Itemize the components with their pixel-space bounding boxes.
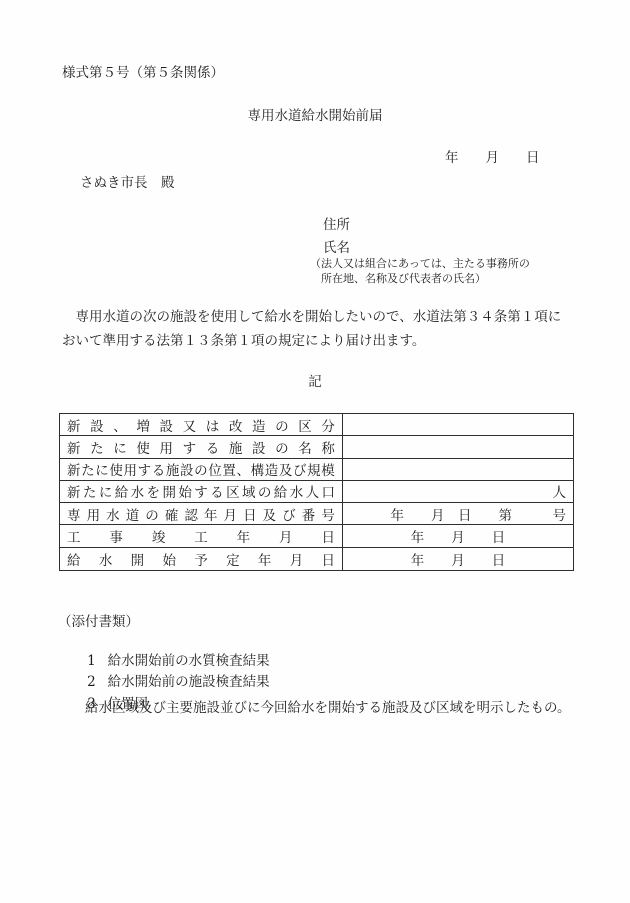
label-char: 設 bbox=[160, 415, 174, 435]
label-char: を bbox=[147, 481, 161, 501]
label-char: 予 bbox=[194, 549, 208, 569]
label-char: 工 bbox=[194, 526, 208, 546]
table-row: 新たに給水を開始する区域の給水人口人 bbox=[60, 481, 573, 503]
label-char: 使 bbox=[109, 459, 123, 479]
record-marker: 記 bbox=[0, 374, 630, 391]
table-row-value: 年 月 日 第 号 bbox=[343, 503, 573, 524]
label-char: 新 bbox=[67, 437, 81, 457]
label-char: 施 bbox=[166, 459, 180, 479]
table-row-label: 専用水道の確認年月日及び番号 bbox=[60, 503, 343, 524]
table-row-value: 年 月 日 bbox=[343, 525, 573, 546]
table-row-label: 工事竣工年月日 bbox=[60, 525, 343, 546]
label-char: す bbox=[194, 481, 208, 501]
label-char: 及 bbox=[263, 504, 277, 524]
label-char: 開 bbox=[131, 549, 145, 569]
label-char: 模 bbox=[321, 459, 335, 479]
date-line: 年 月 日 bbox=[445, 150, 540, 167]
label-char: 造 bbox=[265, 459, 279, 479]
table-row-label: 給水開始予定年月日 bbox=[60, 548, 343, 570]
table-row-label: 新たに給水を開始する区域の給水人口 bbox=[60, 481, 343, 502]
table-row: 給水開始予定年月日年 月 日 bbox=[60, 548, 573, 570]
label-char: 給 bbox=[67, 549, 81, 569]
label-char: 定 bbox=[226, 549, 240, 569]
label-char: 月 bbox=[224, 504, 238, 524]
label-char: 造 bbox=[252, 415, 266, 435]
label-char: 年 bbox=[204, 504, 218, 524]
label-char: は bbox=[206, 415, 220, 435]
label-char: る bbox=[206, 437, 220, 457]
label-char: 及 bbox=[279, 459, 293, 479]
label-char: 設 bbox=[252, 437, 266, 457]
label-char: 用 bbox=[124, 459, 138, 479]
table-row: 工事竣工年月日年 月 日 bbox=[60, 525, 573, 547]
label-char: 位 bbox=[208, 459, 222, 479]
label-char: 、 bbox=[237, 459, 251, 479]
label-char: 道 bbox=[126, 504, 140, 524]
label-char: 域 bbox=[242, 481, 256, 501]
label-char: 始 bbox=[178, 481, 192, 501]
document-title: 専用水道給水開始前届 bbox=[0, 108, 630, 125]
label-char: 開 bbox=[162, 481, 176, 501]
table-row: 専用水道の確認年月日及び番号年 月 日 第 号 bbox=[60, 503, 573, 525]
name-note: （法人又は組合にあっては、主たる事務所の 所在地、名称及び代表者の氏名） bbox=[310, 257, 530, 286]
label-char: 称 bbox=[321, 437, 335, 457]
name-label: 氏名 bbox=[323, 240, 350, 257]
attachments-heading: （添付書類） bbox=[58, 614, 139, 631]
label-char: に bbox=[95, 459, 109, 479]
attachments-note: 給水区域及び主要施設並びに今回給水を開始する施設及び区域を明示したもの。 bbox=[85, 700, 570, 717]
label-char: 置 bbox=[222, 459, 236, 479]
label-char: 用 bbox=[87, 504, 101, 524]
label-char: 新 bbox=[67, 459, 81, 479]
label-char: 事 bbox=[109, 526, 123, 546]
label-char: 認 bbox=[184, 504, 198, 524]
label-char: 給 bbox=[115, 481, 129, 501]
label-char: 号 bbox=[321, 504, 335, 524]
table-row-label: 新設、増設又は改造の区分 bbox=[60, 414, 343, 435]
label-char: 始 bbox=[162, 549, 176, 569]
label-char: 改 bbox=[229, 415, 243, 435]
label-char: に bbox=[113, 437, 127, 457]
label-char: び bbox=[293, 459, 307, 479]
label-char: 月 bbox=[279, 526, 293, 546]
label-char: に bbox=[99, 481, 113, 501]
label-char: 水 bbox=[106, 504, 120, 524]
label-char: 年 bbox=[258, 549, 272, 569]
table-row: 新たに使用する施設の位置、構造及び規模 bbox=[60, 459, 573, 481]
label-char: の bbox=[275, 437, 289, 457]
body-paragraph: 専用水道の次の施設を使用して給水を開始したいので、水道法第３４条第１項に おいて… bbox=[62, 306, 570, 353]
label-char: 日 bbox=[322, 549, 336, 569]
label-char: る bbox=[210, 481, 224, 501]
label-char: 水 bbox=[99, 549, 113, 569]
label-char: 番 bbox=[302, 504, 316, 524]
label-char: の bbox=[258, 481, 272, 501]
label-char: 専 bbox=[67, 504, 81, 524]
label-char: の bbox=[194, 459, 208, 479]
label-char: 又 bbox=[183, 415, 197, 435]
label-char: た bbox=[83, 481, 97, 501]
table-row-value: 人 bbox=[343, 481, 573, 502]
label-char: 設 bbox=[90, 415, 104, 435]
label-char: る bbox=[152, 459, 166, 479]
table-row-value: 年 月 日 bbox=[343, 548, 573, 570]
label-char: 新 bbox=[67, 481, 81, 501]
label-char: 給 bbox=[274, 481, 288, 501]
label-char: 日 bbox=[321, 526, 335, 546]
addressee: さぬき市長 殿 bbox=[80, 175, 175, 192]
table-row-value bbox=[343, 459, 573, 480]
label-char: 水 bbox=[131, 481, 145, 501]
label-char: た bbox=[90, 437, 104, 457]
label-char: 人 bbox=[306, 481, 320, 501]
label-char: 竣 bbox=[152, 526, 166, 546]
label-char: た bbox=[81, 459, 95, 479]
label-char: す bbox=[183, 437, 197, 457]
table-row-value bbox=[343, 414, 573, 435]
label-char: 確 bbox=[165, 504, 179, 524]
label-char: の bbox=[145, 504, 159, 524]
label-char: 、 bbox=[113, 415, 127, 435]
label-char: 区 bbox=[298, 415, 312, 435]
table-row-value bbox=[343, 436, 573, 457]
label-char: 増 bbox=[136, 415, 150, 435]
label-char: 設 bbox=[180, 459, 194, 479]
label-char: す bbox=[138, 459, 152, 479]
label-char: 日 bbox=[243, 504, 257, 524]
label-char: 名 bbox=[298, 437, 312, 457]
label-char: 新 bbox=[67, 415, 81, 435]
table-row: 新設、増設又は改造の区分 bbox=[60, 414, 573, 436]
document-page: 様式第５号（第５条関係） 専用水道給水開始前届 年 月 日 さぬき市長 殿 住所… bbox=[0, 0, 630, 903]
label-char: 用 bbox=[160, 437, 174, 457]
label-char: 工 bbox=[67, 526, 81, 546]
label-char: 施 bbox=[229, 437, 243, 457]
address-label: 住所 bbox=[323, 217, 350, 234]
form-number: 様式第５号（第５条関係） bbox=[62, 65, 224, 82]
label-char: 使 bbox=[136, 437, 150, 457]
label-char: 分 bbox=[321, 415, 335, 435]
label-char: 規 bbox=[307, 459, 321, 479]
label-char: 水 bbox=[290, 481, 304, 501]
table-row-label: 新たに使用する施設の名称 bbox=[60, 436, 343, 457]
table-row: 新たに使用する施設の名称 bbox=[60, 436, 573, 458]
label-char: 口 bbox=[322, 481, 336, 501]
label-char: 年 bbox=[237, 526, 251, 546]
label-char: の bbox=[275, 415, 289, 435]
table-row-label: 新たに使用する施設の位置、構造及び規模 bbox=[60, 459, 343, 480]
label-char: 月 bbox=[290, 549, 304, 569]
label-char: 構 bbox=[251, 459, 265, 479]
label-char: び bbox=[282, 504, 296, 524]
label-char: 区 bbox=[226, 481, 240, 501]
details-table: 新設、増設又は改造の区分新たに使用する施設の名称新たに使用する施設の位置、構造及… bbox=[59, 413, 574, 571]
